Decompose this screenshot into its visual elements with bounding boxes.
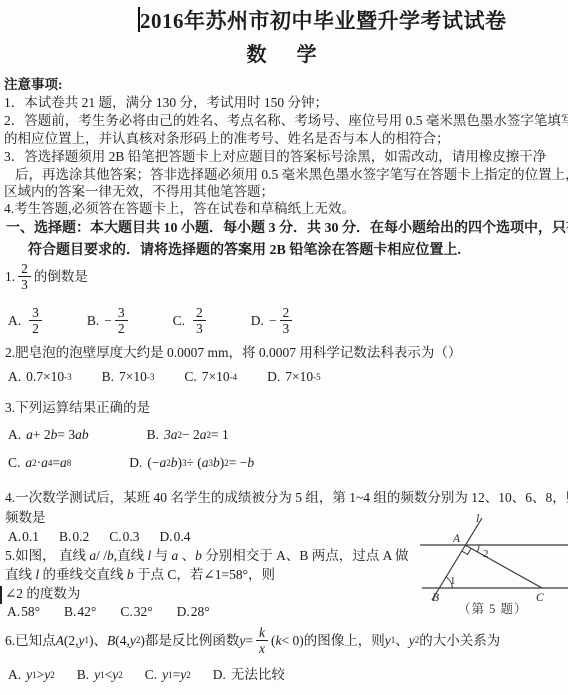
option-label: B. — [87, 312, 99, 329]
option-label: D. — [177, 603, 190, 620]
label-angle-2: 2 — [483, 548, 489, 560]
option-label: C. — [184, 368, 196, 385]
section-heading-line-2: 符合题目要求的．请将选择题的答案用 2B 铅笔涂在答题卡相应位置上. — [28, 241, 568, 261]
option-label: C. — [173, 312, 185, 329]
parallel-lines-diagram: l A 2 1 B C — [420, 503, 568, 615]
notice-line-6: 区域内的答案一律无效，不得用其他笔答题； — [4, 183, 568, 200]
question-6-options: A.y1 > y2B.y1 < y2C.y1 = y2D.无法比较 — [8, 666, 307, 683]
fraction: 32 — [29, 305, 42, 336]
option-label: A. — [8, 528, 21, 545]
question-5-figure: l A 2 1 B C （第 5 题） — [420, 503, 568, 615]
option-label: C. — [8, 454, 20, 471]
option-B: B.−32 — [87, 305, 131, 336]
question-3-options-row-1: A.a + 2b = 3abB.3a2 − 2a2 = 1 — [8, 426, 287, 443]
option-A: A.0.7×10-3 — [8, 368, 72, 385]
option-label: B. — [147, 426, 159, 443]
option-label: D. — [267, 368, 280, 385]
label-point-a: A — [452, 533, 461, 545]
label-point-b: B — [432, 592, 439, 604]
fraction: 23 — [280, 305, 293, 336]
label-angle-1: 1 — [450, 575, 456, 587]
option-D: D.7×10-5 — [267, 368, 321, 385]
question-5-stem-line-1: 5.如图， 直线 a/ /b,直线 l 与 a 、b 分别相交于 A、B 两点，… — [5, 547, 409, 564]
exam-document-page[interactable]: 2016年苏州市初中毕业暨升学考试试卷 数 学 注意事项: 1．本试卷共 21 … — [0, 0, 568, 695]
option-B: B.0.2 — [59, 528, 89, 545]
fraction: 23 — [193, 305, 206, 336]
option-label: A. — [7, 603, 20, 620]
option-label: D. — [160, 528, 173, 545]
subject-title: 数 学 — [0, 43, 568, 67]
option-label: B. — [64, 603, 76, 620]
option-B: B.y1 < y2 — [77, 666, 123, 683]
question-6-stem: 6.已知点 A(2, y1) 、 B(4, y2) 都是反比例函数 y = kx… — [5, 622, 500, 658]
notice-line-3: 的相应位置上，并认真核对条形码上的准考号、姓名是否与本人的相符合； — [4, 130, 568, 147]
option-label: B. — [59, 528, 71, 545]
option-C: C.y1 = y2 — [145, 666, 191, 683]
option-label: A. — [8, 368, 21, 385]
option-D: D.−23 — [251, 305, 296, 336]
label-point-c: C — [536, 592, 544, 604]
exam-title: 2016年苏州市初中毕业暨升学考试试卷 — [140, 8, 507, 34]
option-label: D. — [251, 312, 264, 329]
option-B: B.42° — [64, 603, 96, 620]
option-B: B.7×10-3 — [102, 368, 155, 385]
option-A: A.y1 > y2 — [8, 666, 55, 683]
option-label: A. — [8, 666, 21, 683]
option-label: B. — [102, 368, 114, 385]
option-label: B. — [77, 666, 89, 683]
notice-heading: 注意事项: — [4, 76, 63, 93]
question-2-stem: 2.肥皂泡的泡壁厚度大约是 0.0007 mm，将 0.0007 用科学记数法科… — [5, 344, 461, 361]
option-A: A.32 — [8, 305, 45, 336]
question-3-options-row-2: C.a2 · a4 = a8D.(−a2b)3 ÷ (a3b)2 = −b — [8, 454, 312, 471]
option-label: C. — [109, 528, 121, 545]
option-B: B.3a2 − 2a2 = 1 — [147, 426, 229, 443]
option-label: A. — [8, 426, 21, 443]
option-A: A.58° — [7, 603, 40, 620]
notice-line-2: 2．答题前，考生务必将由己的姓名、考点名称、考场号、座位号用 0.5 毫米黑色墨… — [4, 112, 568, 129]
question-4-stem-line-2: 频数是 — [5, 509, 46, 526]
option-label: C. — [120, 603, 132, 620]
question-3-stem: 3.下列运算结果正确的是 — [5, 399, 150, 416]
option-C: C.a2 · a4 = a8 — [8, 454, 71, 471]
question-1-options: A.32B.−32C.23D.−23 — [8, 301, 337, 339]
option-A: A.a + 2b = 3ab — [8, 426, 89, 443]
question-1-stem: 1. 23 的倒数是 — [5, 258, 88, 294]
fraction: kx — [256, 625, 268, 656]
option-label: D. — [213, 666, 226, 683]
fraction: 23 — [18, 261, 31, 292]
option-D: D.无法比较 — [213, 666, 285, 683]
option-label: D. — [129, 454, 142, 471]
option-A: A.0.1 — [8, 528, 39, 545]
question-4-options: A.0.1B.0.2C.0.3D.0.4 — [8, 528, 211, 545]
option-C: C.32° — [120, 603, 152, 620]
scan-edge-artifact — [0, 586, 2, 604]
notice-line-4: 3．答选择题须用 2B 铅笔把答题卡上对应题目的答案标号涂黑，如需改动，请用橡皮… — [4, 148, 568, 165]
option-D: D.0.4 — [160, 528, 191, 545]
notice-line-7: 4.考生答题,必须答在答题卡上，答在试卷和草稿纸上无效。 — [4, 200, 568, 217]
option-D: D.28° — [177, 603, 210, 620]
option-C: C.0.3 — [109, 528, 139, 545]
option-C: C.7×10-4 — [184, 368, 237, 385]
option-C: C.23 — [173, 305, 209, 336]
question-2-options: A.0.7×10-3B.7×10-3C.7×10-4D.7×10-5 — [8, 368, 351, 385]
question-5-stem-line-2: 直线 l 的垂线交直线 b 于点 C，若∠1=58°，则 — [5, 566, 275, 583]
question-5-options: A.58°B.42°C.32°D.28° — [7, 603, 234, 620]
option-label: C. — [145, 666, 157, 683]
segment-ac — [465, 545, 542, 588]
angle-2-arc — [477, 545, 479, 552]
notice-line-5: 后，再选涂其他答案；答非选择题必须用 0.5 毫米黑色墨水签字笔写在答题卡上指定… — [15, 166, 568, 183]
option-label: A. — [8, 312, 21, 329]
notice-line-1: 1．本试卷共 21 题，满分 130 分，考试用时 150 分钟； — [4, 94, 568, 111]
fraction: 32 — [115, 305, 128, 336]
question-5-stem-line-3: ∠2 的度数为 — [5, 585, 80, 602]
option-D: D.(−a2b)3 ÷ (a3b)2 = −b — [129, 454, 254, 471]
section-heading-line-1: 一、选择题：本大题目共 10 小题．每小题 3 分．共 30 分．在每小题给出的… — [6, 219, 568, 239]
figure-caption: （第 5 题） — [458, 601, 528, 618]
